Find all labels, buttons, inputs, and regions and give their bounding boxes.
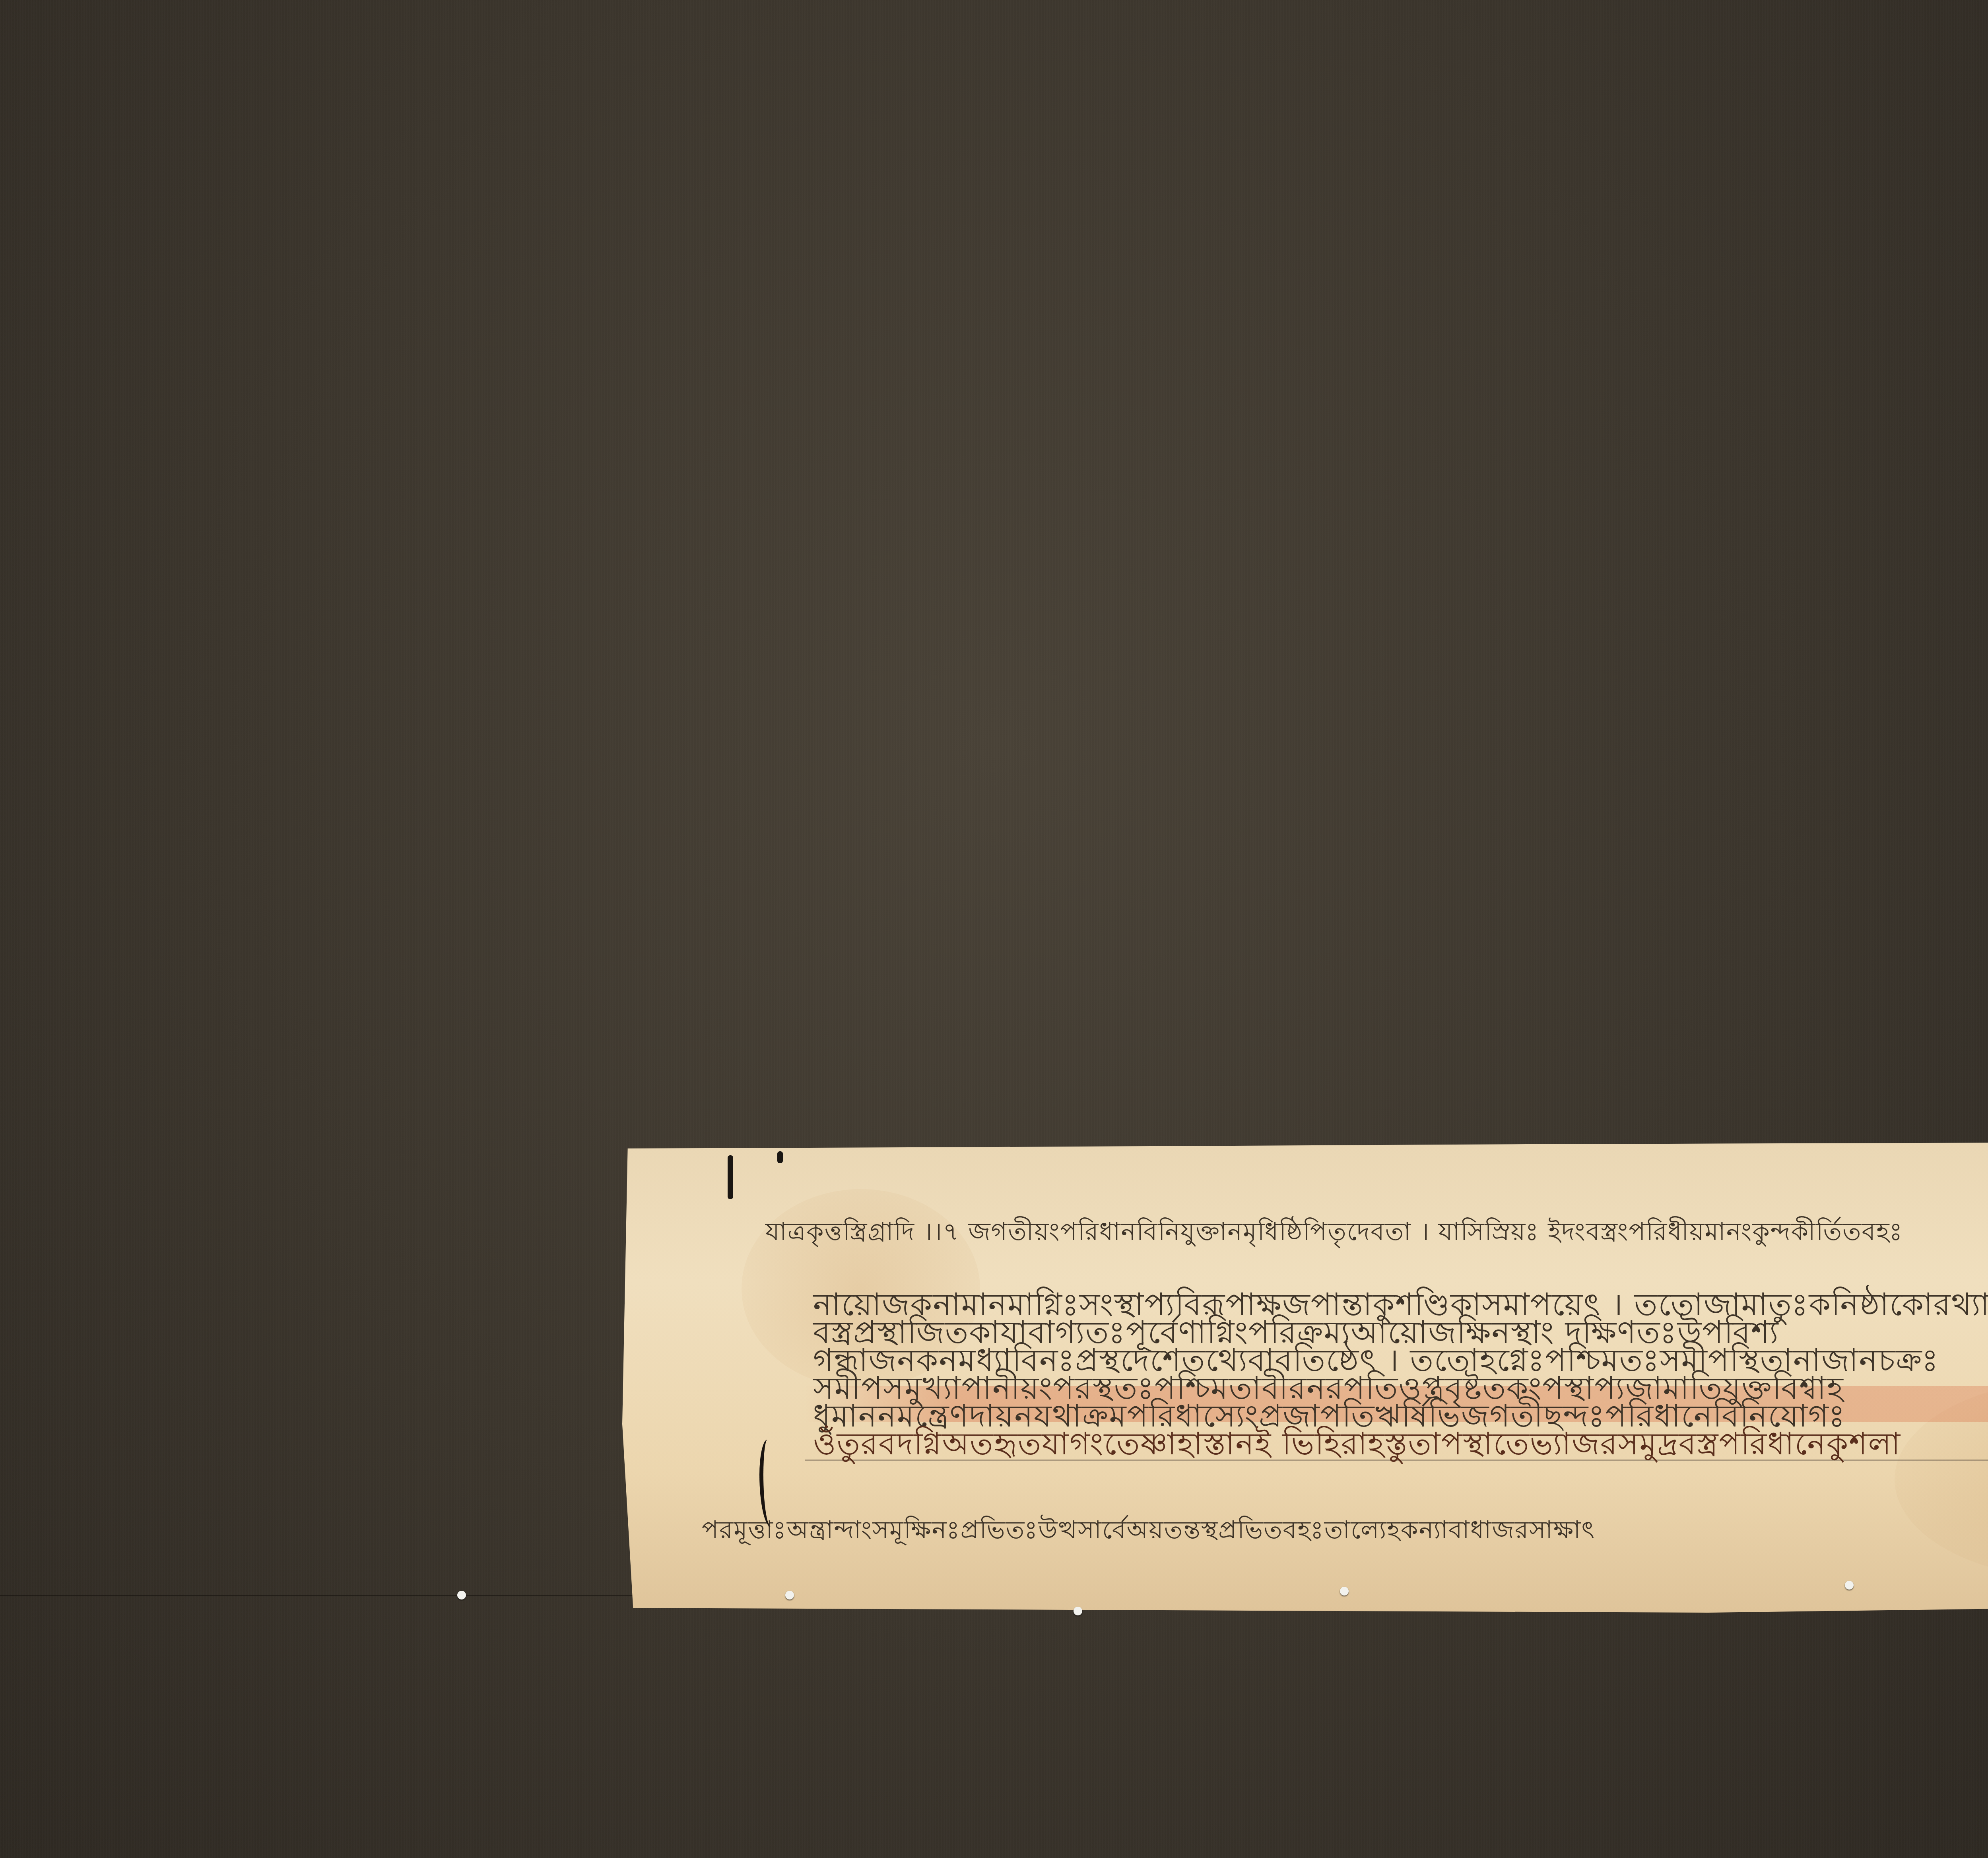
pin <box>1340 1587 1349 1596</box>
pin <box>1074 1607 1082 1615</box>
paper-tear <box>777 1151 783 1163</box>
pin <box>1845 1581 1854 1590</box>
header-line: যাত্রকৃত্তস্ত্রিগ্রাদি ।।৭ জগতীয়ংপরিধান… <box>765 1213 1903 1254</box>
body-line: ওঁতুরবদগ্নিঅতহৃতযাগংতেষ্ণাহাস্তানই ভিহির… <box>813 1420 1901 1471</box>
pin <box>785 1591 794 1600</box>
pin <box>457 1591 466 1600</box>
paper-tear <box>728 1155 733 1199</box>
manuscript-folio: যাত্রকৃত্তস্ত্রিগ্রাদি ।।৭ জগতীয়ংপরিধান… <box>622 1141 1988 1613</box>
footer-line: পরমূত্তাঃঅন্ত্রান্দাংসমূক্ষিনঃপ্রভিতঃউত্… <box>702 1511 1595 1552</box>
